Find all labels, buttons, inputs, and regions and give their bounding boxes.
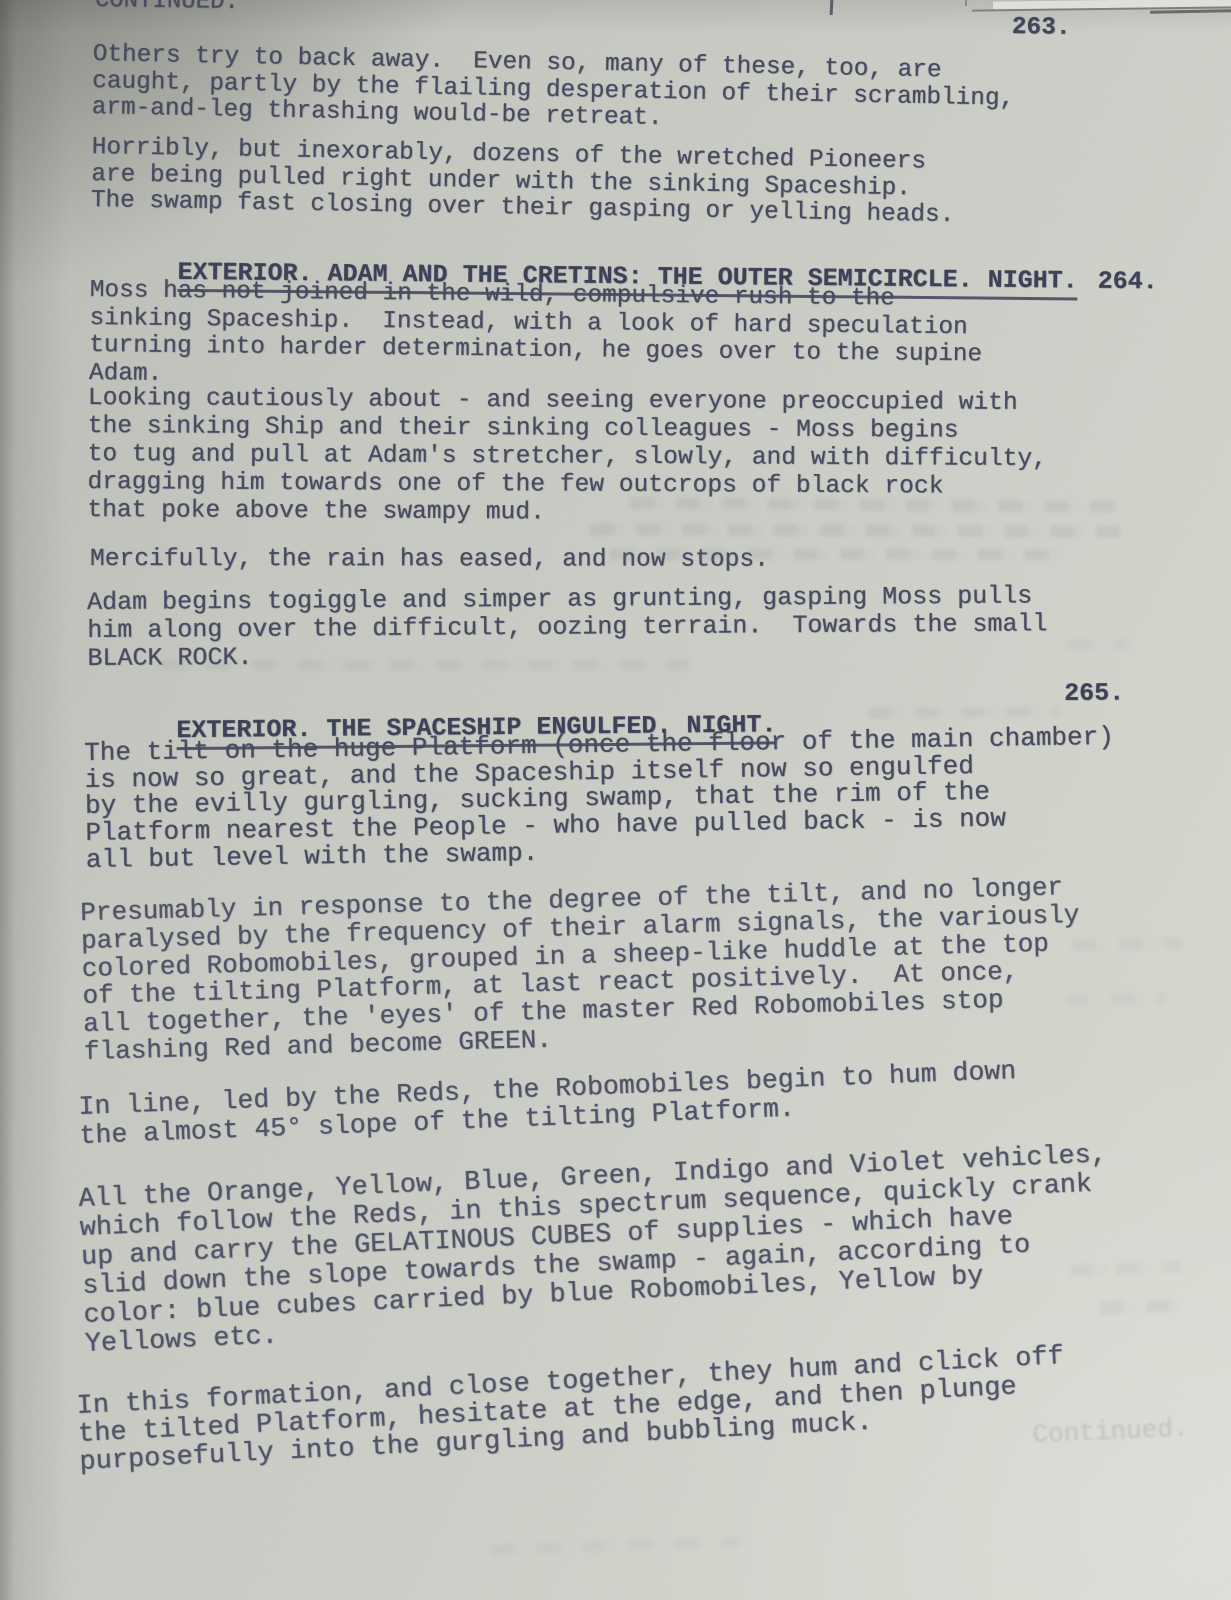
scene-number-265: 265.: [1064, 678, 1124, 708]
action-paragraph: Others try to back away. Even so, many o…: [91, 42, 1014, 139]
page-number: 263.: [1012, 14, 1071, 42]
action-paragraph: Horribly, but inexorably, dozens of the …: [91, 135, 956, 230]
scene-number-264: 264.: [1098, 267, 1158, 297]
action-paragraph: Looking cautiously about - and seeing ev…: [87, 385, 1047, 530]
script-page-photo: CONTINUED. 263. Others try to back away.…: [0, 0, 1231, 1600]
action-paragraph: Mercifully, the rain has eased, and now …: [90, 546, 769, 575]
script-line: Mercifully, the rain has eased, and now …: [90, 546, 769, 575]
script-line: that poke above the swampy mud.: [87, 497, 1046, 530]
action-paragraph: Moss has not joined in the wild, compuls…: [89, 277, 983, 396]
action-paragraph: In line, led by the Reds, the Robomobile…: [78, 1057, 1018, 1151]
action-paragraph: All the Orange, Yellow, Blue, Green, Ind…: [78, 1141, 1114, 1359]
action-paragraph: The tilt on the huge Platform (once the …: [84, 724, 1116, 874]
action-paragraph: In this formation, and close together, t…: [76, 1343, 1067, 1477]
action-paragraph: Adam begins togiggle and simper as grunt…: [87, 582, 1048, 673]
script-line: BLACK ROCK.: [87, 638, 1047, 673]
typed-text-layer: CONTINUED. 263. Others try to back away.…: [0, 0, 1231, 1600]
continued-marker: CONTINUED.: [95, 0, 239, 16]
action-paragraph: Presumably in response to the degree of …: [80, 874, 1083, 1067]
